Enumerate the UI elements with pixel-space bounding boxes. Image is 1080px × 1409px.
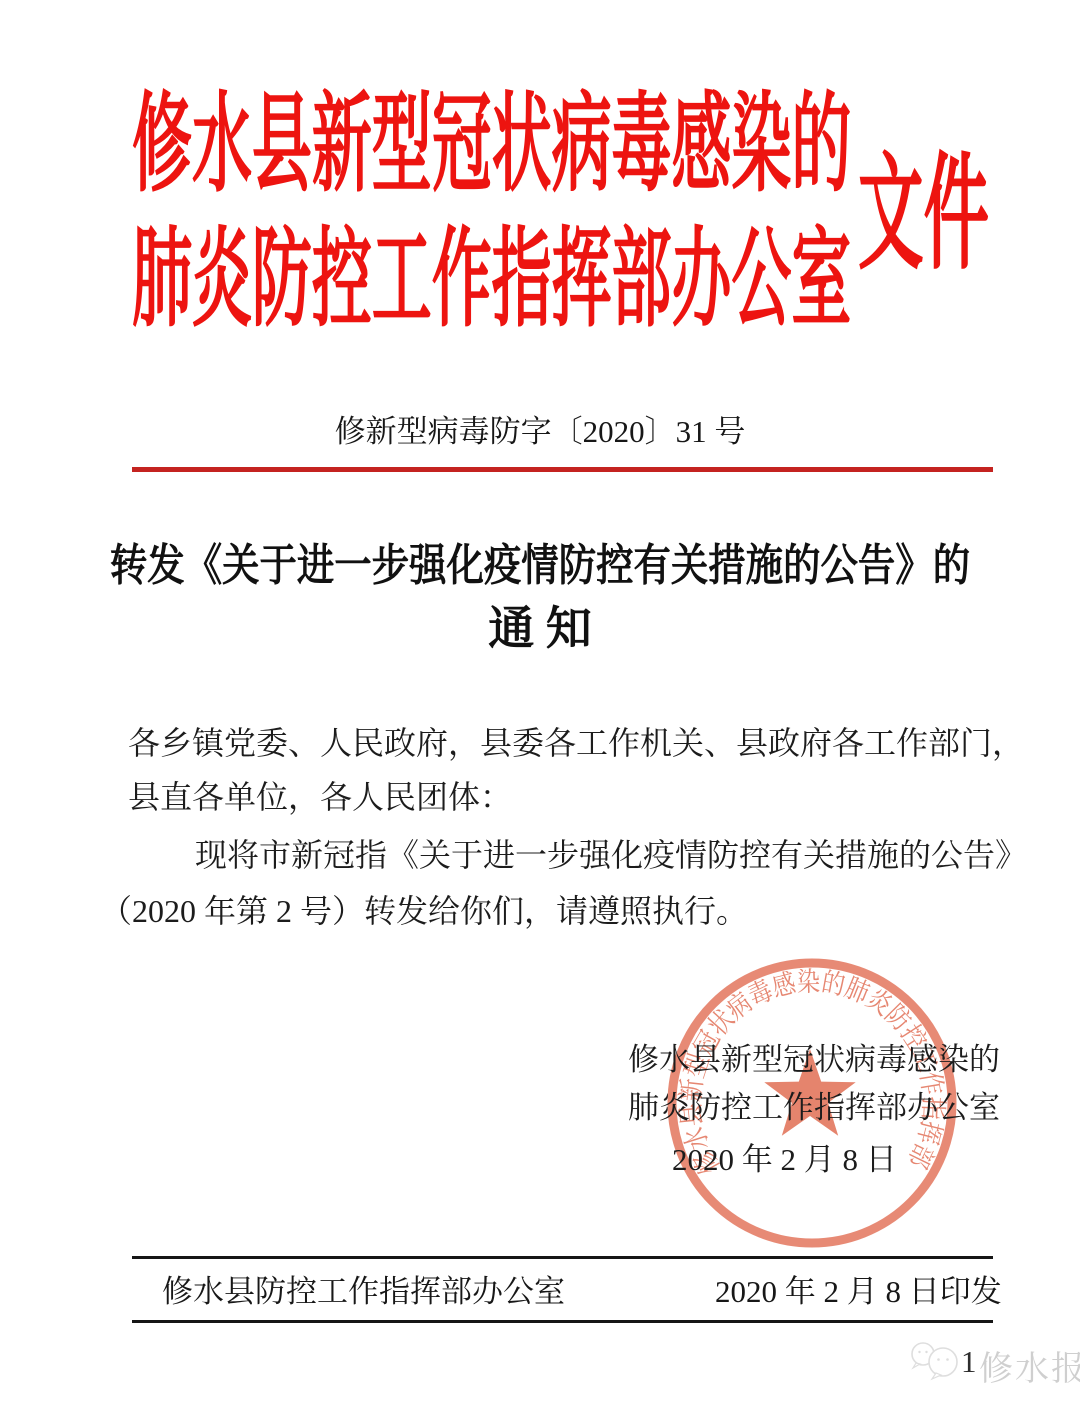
document-number: 修新型病毒防字〔2020〕31 号 [0,412,1080,452]
signature-date: 2020 年 2 月 8 日 [672,1140,897,1180]
watermark-label: 修水报 [979,1341,1080,1390]
document-page: 修水县新型冠状病毒感染的 肺炎防控工作指挥部办公室 文件 修新型病毒防字〔202… [0,0,1080,1409]
page-number: 1 [961,1344,977,1380]
body-salutation-line2: 县直各单位，各人民团体： [128,776,512,818]
footer-issuing-office: 修水县防控工作指挥部办公室 [162,1272,565,1312]
document-title-line1: 转发《关于进一步强化疫情防控有关措施的公告》的 [0,540,1080,592]
letterhead-suffix: 文件 [858,152,989,280]
footer-rule-bottom [132,1320,993,1323]
red-divider-rule [132,467,993,472]
letterhead-org-line1: 修水县新型冠状病毒感染的 [132,90,851,202]
wechat-bubbles-icon [906,1340,966,1382]
body-salutation-line1: 各乡镇党委、人民政府，县委各工作机关、县政府各工作部门， [128,722,1024,764]
letterhead-org-line2: 肺炎防控工作指挥部办公室 [132,225,851,337]
footer-rule-top [132,1256,993,1259]
footer-print-date: 2020 年 2 月 8 日印发 [715,1272,1002,1312]
body-paragraph-line1: 现将市新冠指《关于进一步强化疫情防控有关措施的公告》 [195,834,1027,876]
signature-org-line2: 肺炎防控工作指挥部办公室 [628,1088,1000,1128]
document-title-line1-text: 转发《关于进一步强化疫情防控有关措施的公告》的 [110,540,970,592]
document-title-line2: 通 知 [0,602,1080,656]
body-paragraph-line2: （2020 年第 2 号）转发给你们，请遵照执行。 [100,890,748,932]
signature-org-line1: 修水县新型冠状病毒感染的 [628,1040,1000,1080]
